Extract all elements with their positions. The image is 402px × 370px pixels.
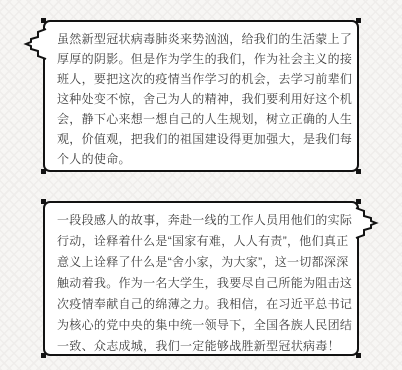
bubble-text-line: 观，价值观，把我们的祖国建设得更加强大，是我们每 bbox=[57, 129, 351, 149]
speech-tail-left-icon bbox=[25, 28, 47, 60]
bubble-text-line: 触动着我。作为一名大学生，我要尽自己所能为阻击这 bbox=[57, 273, 351, 294]
corner-pixel bbox=[41, 169, 46, 174]
bubble-text-line: 班人，要把这次的疫情当作学习的机会，去学习前辈们 bbox=[57, 69, 351, 89]
bubble-text-line: 一段段感人的故事，奔赴一线的工作人员用他们的实际 bbox=[57, 210, 351, 231]
speech-bubble-tribute: 一段段感人的故事，奔赴一线的工作人员用他们的实际 行动，诠释着什么是“国家有难，… bbox=[43, 201, 359, 356]
corner-pixel bbox=[41, 199, 46, 204]
bubble-text-line: 虽然新型冠状病毒肺炎来势汹汹，给我们的生活蒙上了 bbox=[57, 29, 351, 49]
bubble-text-line: 意义上诠释了什么是“舍小家，为大家”，这一切都深深 bbox=[57, 252, 351, 273]
bubble-text-line: 为核心的党中央的集中统一领导下，全国各族人民团结 bbox=[57, 315, 351, 336]
bubble-text-line: 会，静下心来想一想自己的人生规划，树立正确的人生 bbox=[57, 109, 351, 129]
speech-tail-right-icon bbox=[355, 207, 377, 239]
corner-pixel bbox=[41, 353, 46, 358]
speech-bubble-student: 虽然新型冠状病毒肺炎来势汹汹，给我们的生活蒙上了 厚厚的阴影。但是作为学生的我们… bbox=[43, 20, 359, 172]
corner-pixel bbox=[41, 18, 46, 23]
corner-pixel bbox=[356, 169, 361, 174]
bubble-text-line: 一致、众志成城，我们一定能够战胜新型冠状病毒！ bbox=[57, 336, 351, 357]
corner-pixel bbox=[356, 353, 361, 358]
bubble-text-line: 这种处变不惊，舍己为人的精神，我们要利用好这个机 bbox=[57, 89, 351, 109]
bubble-text-line: 次疫情奉献自己的绵薄之力。我相信，在习近平总书记 bbox=[57, 294, 351, 315]
page-background: 虽然新型冠状病毒肺炎来势汹汹，给我们的生活蒙上了 厚厚的阴影。但是作为学生的我们… bbox=[0, 0, 402, 370]
corner-pixel bbox=[356, 18, 361, 23]
bubble-text-line: 厚厚的阴影。但是作为学生的我们，作为社会主义的接 bbox=[57, 49, 351, 69]
bubble-text-line: 个人的使命。 bbox=[57, 149, 351, 169]
bubble-text-line: 行动，诠释着什么是“国家有难，人人有责”，他们真正 bbox=[57, 231, 351, 252]
corner-pixel bbox=[356, 199, 361, 204]
